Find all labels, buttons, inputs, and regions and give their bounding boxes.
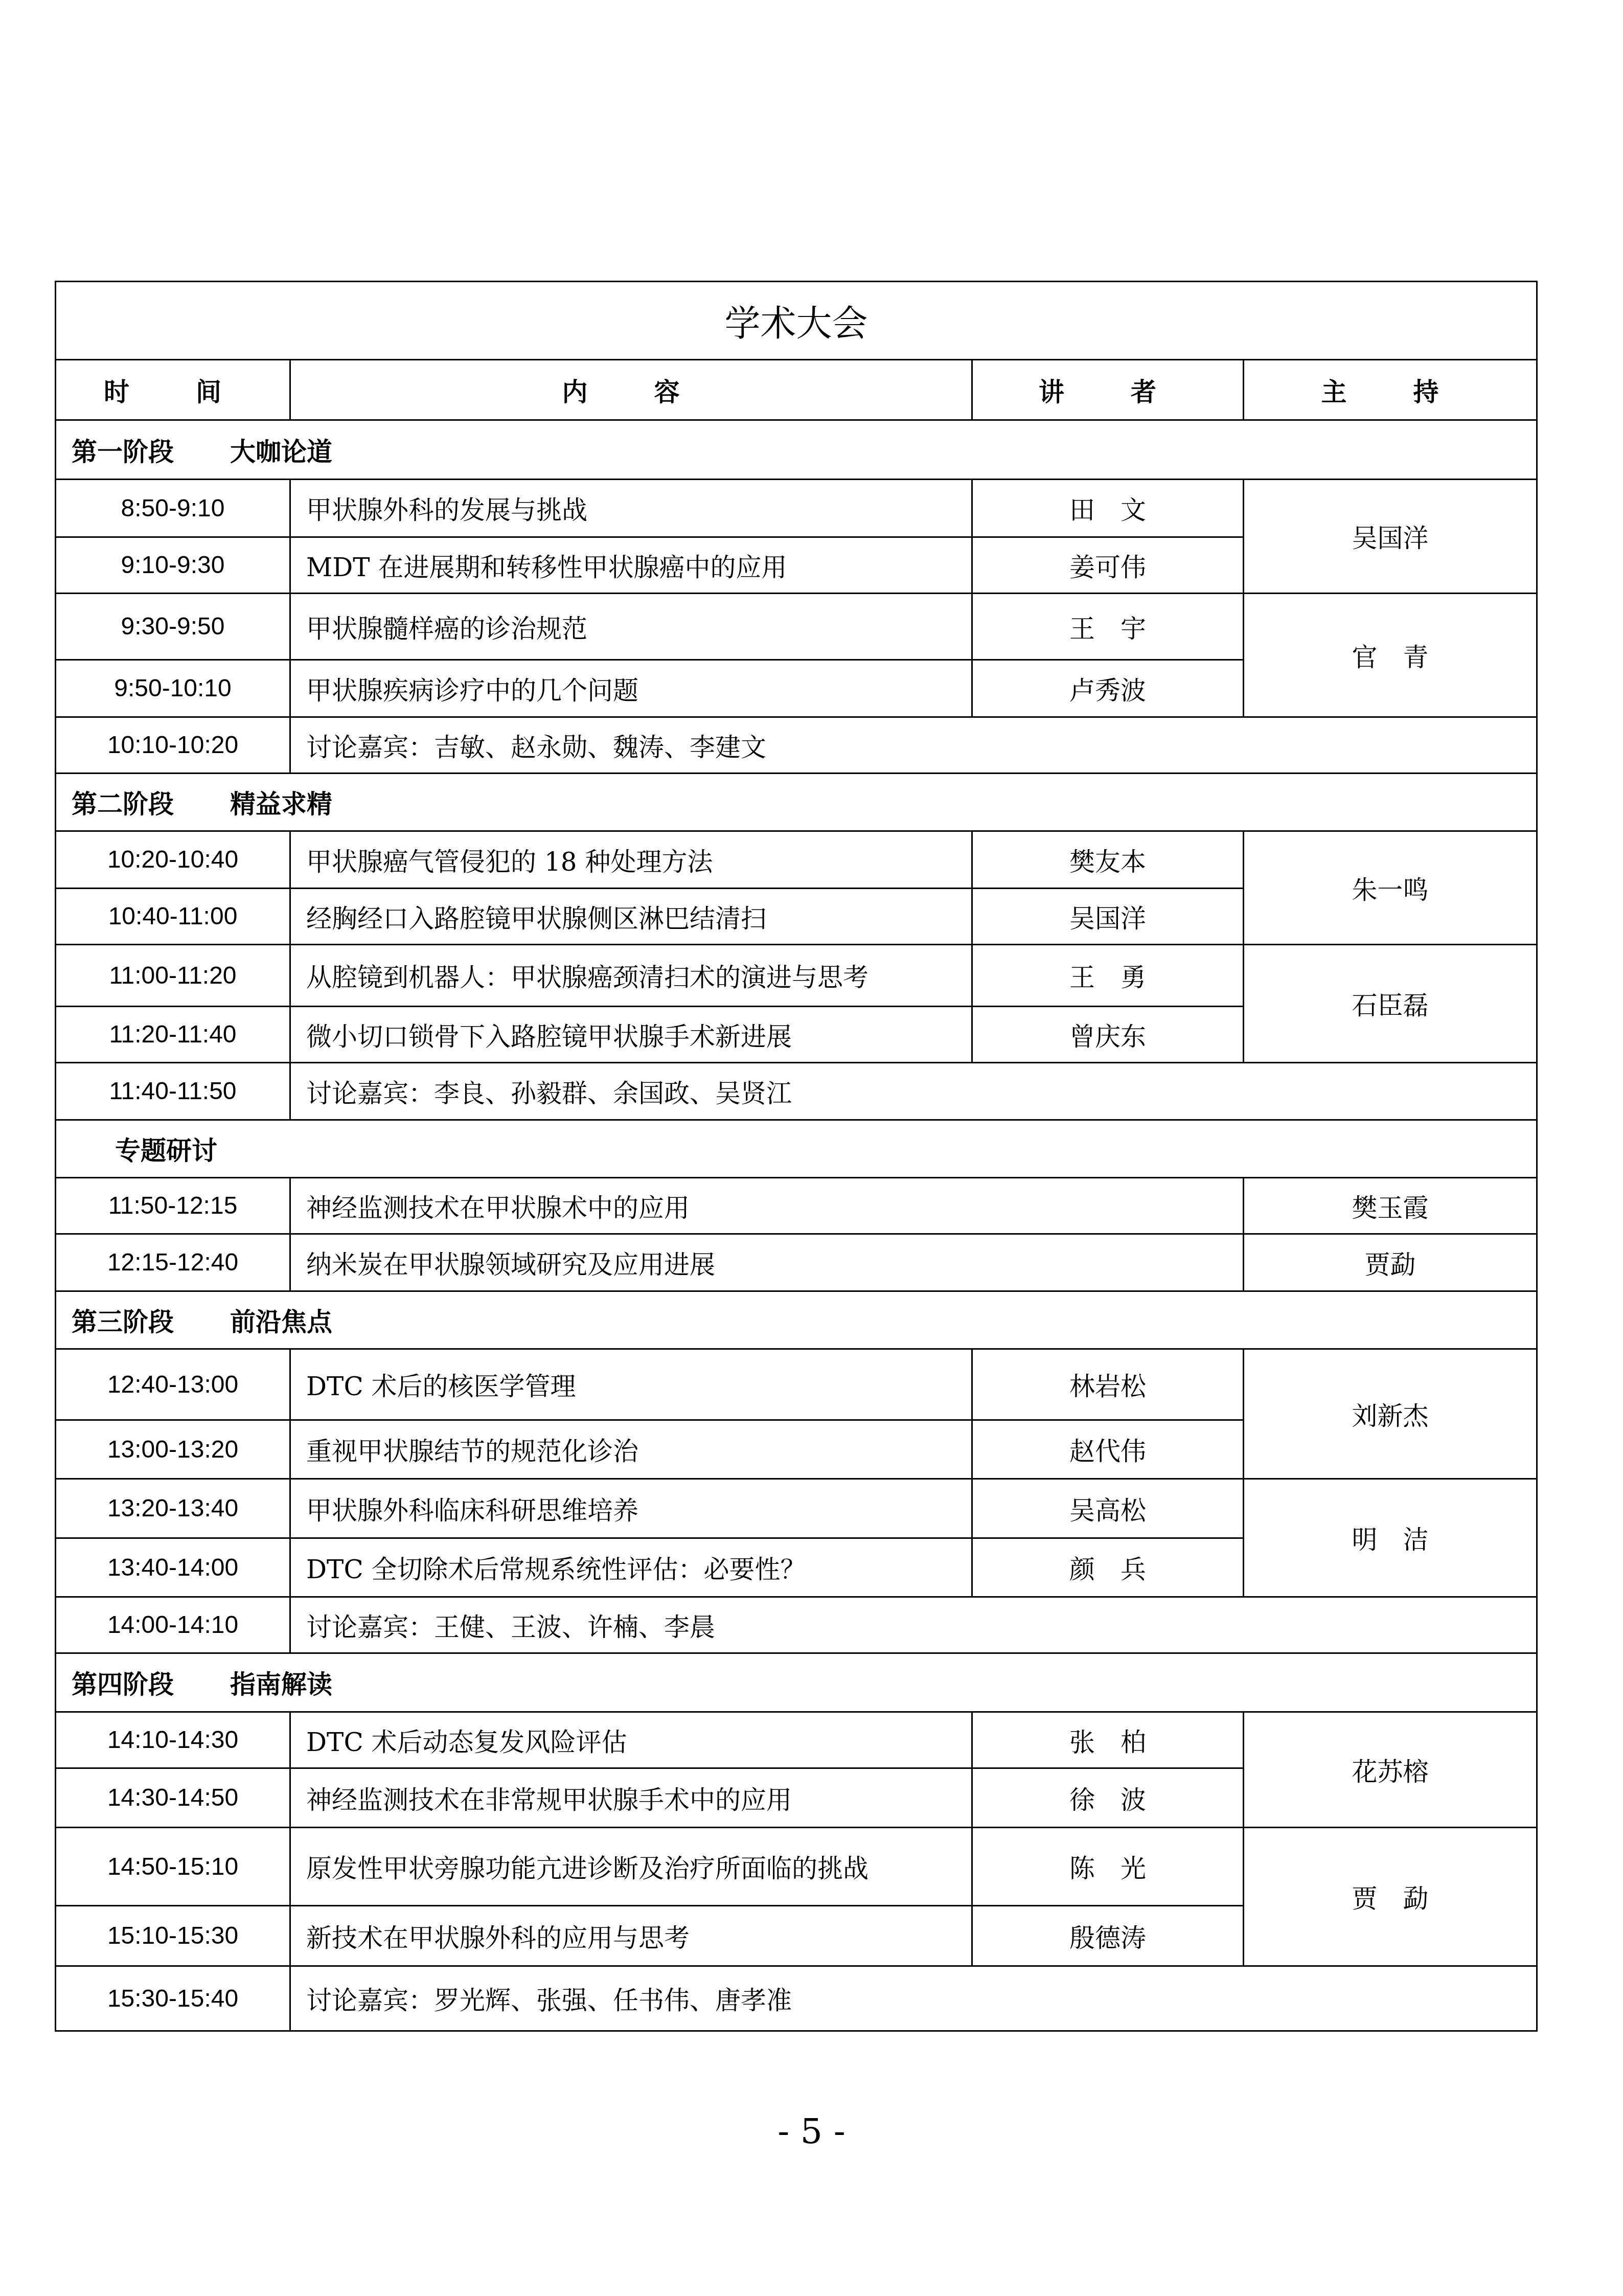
table-title: 学术大会 (56, 282, 1537, 360)
speaker-cell: 张 柏 (972, 1712, 1244, 1768)
time-cell: 9:10-9:30 (56, 537, 290, 594)
special-topic-heading: 专题研讨 (56, 1120, 1537, 1178)
time-cell: 8:50-9:10 (56, 480, 290, 537)
time-cell: 12:15-12:40 (56, 1234, 290, 1291)
speaker-cell: 殷德涛 (972, 1906, 1244, 1966)
time-cell: 13:00-13:20 (56, 1420, 290, 1479)
topic-cell: DTC 术后动态复发风险评估 (290, 1712, 972, 1768)
host-cell: 樊玉霞 (1244, 1178, 1537, 1234)
topic-cell: 纳米炭在甲状腺领域研究及应用进展 (290, 1234, 1244, 1291)
speaker-cell: 徐 波 (972, 1768, 1244, 1828)
time-cell: 14:00-14:10 (56, 1597, 290, 1653)
stage-name: 精益求精 (230, 789, 332, 819)
discussion-row: 14:00-14:10 讨论嘉宾：王健、王波、许楠、李晨 (56, 1597, 1537, 1653)
time-cell: 14:10-14:30 (56, 1712, 290, 1768)
time-cell: 10:40-11:00 (56, 889, 290, 945)
topic-cell: 神经监测技术在甲状腺术中的应用 (290, 1178, 1244, 1234)
page-number: - 5 - (0, 2111, 1623, 2152)
discussion-guests: 讨论嘉宾：李良、孙毅群、余国政、吴贤江 (290, 1063, 1537, 1120)
header-time: 时 间 (56, 360, 290, 420)
table-row: 10:20-10:40 甲状腺癌气管侵犯的 18 种处理方法 樊友本 朱一鸣 (56, 831, 1537, 889)
table-row: 12:15-12:40 纳米炭在甲状腺领域研究及应用进展 贾勐 (56, 1234, 1537, 1291)
stage-label: 第一阶段 (72, 437, 174, 467)
topic-cell: 从腔镜到机器人：甲状腺癌颈清扫术的演进与思考 (290, 945, 972, 1007)
title-row: 学术大会 (56, 282, 1537, 360)
topic-cell: 甲状腺疾病诊疗中的几个问题 (290, 660, 972, 717)
speaker-cell: 曾庆东 (972, 1007, 1244, 1063)
speaker-cell: 颜 兵 (972, 1538, 1244, 1597)
speaker-cell: 林岩松 (972, 1349, 1244, 1420)
topic-cell: 微小切口锁骨下入路腔镜甲状腺手术新进展 (290, 1007, 972, 1063)
time-cell: 14:50-15:10 (56, 1828, 290, 1906)
table-row: 12:40-13:00 DTC 术后的核医学管理 林岩松 刘新杰 (56, 1349, 1537, 1420)
header-content: 内 容 (290, 360, 972, 420)
time-cell: 14:30-14:50 (56, 1768, 290, 1828)
host-cell: 花苏榕 (1244, 1712, 1537, 1828)
stage-label: 第四阶段 (72, 1669, 174, 1699)
time-cell: 10:20-10:40 (56, 831, 290, 889)
table-row: 9:30-9:50 甲状腺髓样癌的诊治规范 王 宇 官 青 (56, 594, 1537, 660)
discussion-row: 10:10-10:20 讨论嘉宾：吉敏、赵永勋、魏涛、李建文 (56, 717, 1537, 774)
speaker-cell: 赵代伟 (972, 1420, 1244, 1479)
host-cell: 官 青 (1244, 594, 1537, 717)
time-cell: 10:10-10:20 (56, 717, 290, 774)
discussion-guests: 讨论嘉宾：王健、王波、许楠、李晨 (290, 1597, 1537, 1653)
table-row: 11:50-12:15 神经监测技术在甲状腺术中的应用 樊玉霞 (56, 1178, 1537, 1234)
topic-cell: DTC 全切除术后常规系统性评估：必要性？ (290, 1538, 972, 1597)
header-speaker: 讲 者 (972, 360, 1244, 420)
time-cell: 9:30-9:50 (56, 594, 290, 660)
host-cell: 吴国洋 (1244, 480, 1537, 594)
discussion-guests: 讨论嘉宾：罗光辉、张强、任书伟、唐孝准 (290, 1966, 1537, 2031)
speaker-cell: 吴高松 (972, 1479, 1244, 1538)
time-cell: 11:40-11:50 (56, 1063, 290, 1120)
stage-2-heading: 第二阶段精益求精 (56, 774, 1537, 831)
stage-name: 前沿焦点 (230, 1307, 332, 1337)
stage-label: 第二阶段 (72, 789, 174, 819)
speaker-cell: 陈 光 (972, 1828, 1244, 1906)
stage-3-heading: 第三阶段前沿焦点 (56, 1291, 1537, 1349)
table-row: 14:50-15:10 原发性甲状旁腺功能亢进诊断及治疗所面临的挑战 陈 光 贾… (56, 1828, 1537, 1906)
topic-cell: 甲状腺髓样癌的诊治规范 (290, 594, 972, 660)
speaker-cell: 樊友本 (972, 831, 1244, 889)
time-cell: 11:50-12:15 (56, 1178, 290, 1234)
header-row: 时 间 内 容 讲 者 主 持 (56, 360, 1537, 420)
host-cell: 石臣磊 (1244, 945, 1537, 1063)
time-cell: 13:20-13:40 (56, 1479, 290, 1538)
topic-cell: 经胸经口入路腔镜甲状腺侧区淋巴结清扫 (290, 889, 972, 945)
stage-heading-row: 第一阶段大咖论道 (56, 420, 1537, 480)
table-row: 11:00-11:20 从腔镜到机器人：甲状腺癌颈清扫术的演进与思考 王 勇 石… (56, 945, 1537, 1007)
document-page: 学术大会 时 间 内 容 讲 者 主 持 第一阶段大咖论道 8:50-9:10 … (0, 0, 1623, 2296)
host-cell: 贾 勐 (1244, 1828, 1537, 1966)
time-cell: 12:40-13:00 (56, 1349, 290, 1420)
speaker-cell: 吴国洋 (972, 889, 1244, 945)
host-cell: 刘新杰 (1244, 1349, 1537, 1479)
discussion-guests: 讨论嘉宾：吉敏、赵永勋、魏涛、李建文 (290, 717, 1537, 774)
stage-name: 大咖论道 (230, 437, 332, 467)
table-row: 8:50-9:10 甲状腺外科的发展与挑战 田 文 吴国洋 (56, 480, 1537, 537)
host-cell: 明 洁 (1244, 1479, 1537, 1597)
time-cell: 11:20-11:40 (56, 1007, 290, 1063)
stage-label: 第三阶段 (72, 1307, 174, 1337)
host-cell: 贾勐 (1244, 1234, 1537, 1291)
stage-heading-row: 第三阶段前沿焦点 (56, 1291, 1537, 1349)
speaker-cell: 王 勇 (972, 945, 1244, 1007)
stage-4-heading: 第四阶段指南解读 (56, 1653, 1537, 1712)
agenda-table: 学术大会 时 间 内 容 讲 者 主 持 第一阶段大咖论道 8:50-9:10 … (55, 281, 1538, 2032)
topic-cell: 甲状腺外科临床科研思维培养 (290, 1479, 972, 1538)
topic-cell: 原发性甲状旁腺功能亢进诊断及治疗所面临的挑战 (290, 1828, 972, 1906)
speaker-cell: 王 宇 (972, 594, 1244, 660)
topic-cell: 神经监测技术在非常规甲状腺手术中的应用 (290, 1768, 972, 1828)
speaker-cell: 姜可伟 (972, 537, 1244, 594)
time-cell: 15:10-15:30 (56, 1906, 290, 1966)
stage-name: 指南解读 (230, 1669, 332, 1699)
time-cell: 9:50-10:10 (56, 660, 290, 717)
speaker-cell: 卢秀波 (972, 660, 1244, 717)
header-host: 主 持 (1244, 360, 1537, 420)
stage-heading-row: 专题研讨 (56, 1120, 1537, 1178)
time-cell: 13:40-14:00 (56, 1538, 290, 1597)
topic-cell: 重视甲状腺结节的规范化诊治 (290, 1420, 972, 1479)
stage-heading-row: 第四阶段指南解读 (56, 1653, 1537, 1712)
discussion-row: 15:30-15:40 讨论嘉宾：罗光辉、张强、任书伟、唐孝准 (56, 1966, 1537, 2031)
time-cell: 11:00-11:20 (56, 945, 290, 1007)
stage-heading-row: 第二阶段精益求精 (56, 774, 1537, 831)
topic-cell: 甲状腺外科的发展与挑战 (290, 480, 972, 537)
topic-cell: 新技术在甲状腺外科的应用与思考 (290, 1906, 972, 1966)
table-row: 14:10-14:30 DTC 术后动态复发风险评估 张 柏 花苏榕 (56, 1712, 1537, 1768)
table-row: 13:20-13:40 甲状腺外科临床科研思维培养 吴高松 明 洁 (56, 1479, 1537, 1538)
discussion-row: 11:40-11:50 讨论嘉宾：李良、孙毅群、余国政、吴贤江 (56, 1063, 1537, 1120)
speaker-cell: 田 文 (972, 480, 1244, 537)
host-cell: 朱一鸣 (1244, 831, 1537, 945)
stage-1-heading: 第一阶段大咖论道 (56, 420, 1537, 480)
topic-cell: DTC 术后的核医学管理 (290, 1349, 972, 1420)
topic-cell: MDT 在进展期和转移性甲状腺癌中的应用 (290, 537, 972, 594)
time-cell: 15:30-15:40 (56, 1966, 290, 2031)
topic-cell: 甲状腺癌气管侵犯的 18 种处理方法 (290, 831, 972, 889)
